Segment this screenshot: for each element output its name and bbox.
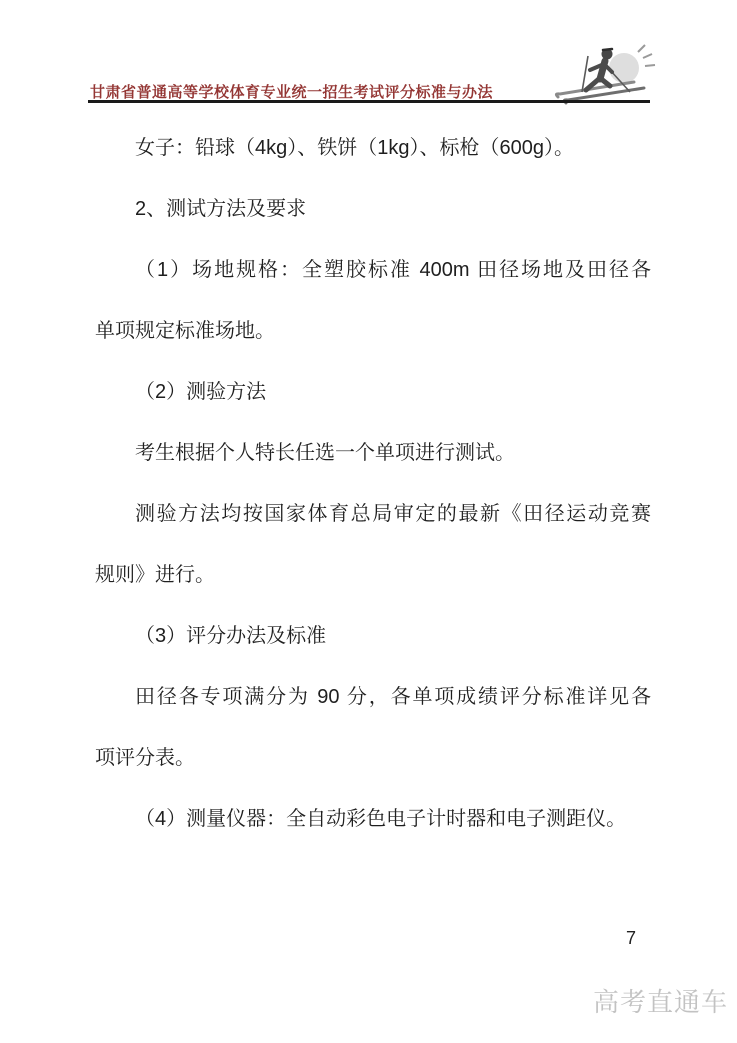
header-title: 甘肃省普通高等学校体育专业统一招生考试评分标准与办法 [90,81,493,102]
body-line: 单项规定标准场地。 [95,301,651,362]
body-line: （2）测验方法 [95,362,651,423]
body-line: （4）测量仪器：全自动彩色电子计时器和电子测距仪。 [95,789,651,850]
watermark: 高考直通车 [593,982,728,1019]
body-line: 2、测试方法及要求 [95,179,651,240]
header-rule [88,100,650,103]
document-body: 女子：铅球（4kg）、铁饼（1kg）、标枪（600g）。 2、测试方法及要求 （… [95,118,651,850]
body-line: （1）场地规格：全塑胶标准 400m 田径场地及田径各 [95,240,651,301]
skier-icon [552,42,660,106]
body-line: 测验方法均按国家体育总局审定的最新《田径运动竞赛 [95,484,651,545]
body-line: 田径各专项满分为 90 分，各单项成绩评分标准详见各 [95,667,651,728]
body-line: （3）评分办法及标准 [95,606,651,667]
body-line: 项评分表。 [95,728,651,789]
body-line: 考生根据个人特长任选一个单项进行测试。 [95,423,651,484]
body-line: 女子：铅球（4kg）、铁饼（1kg）、标枪（600g）。 [95,118,651,179]
body-line: 规则》进行。 [95,545,651,606]
page-number: 7 [626,928,636,949]
document-page: 甘肃省普通高等学校体育专业统一招生考试评分标准与办法 女子：铅球（4kg）、铁饼… [0,0,737,1043]
